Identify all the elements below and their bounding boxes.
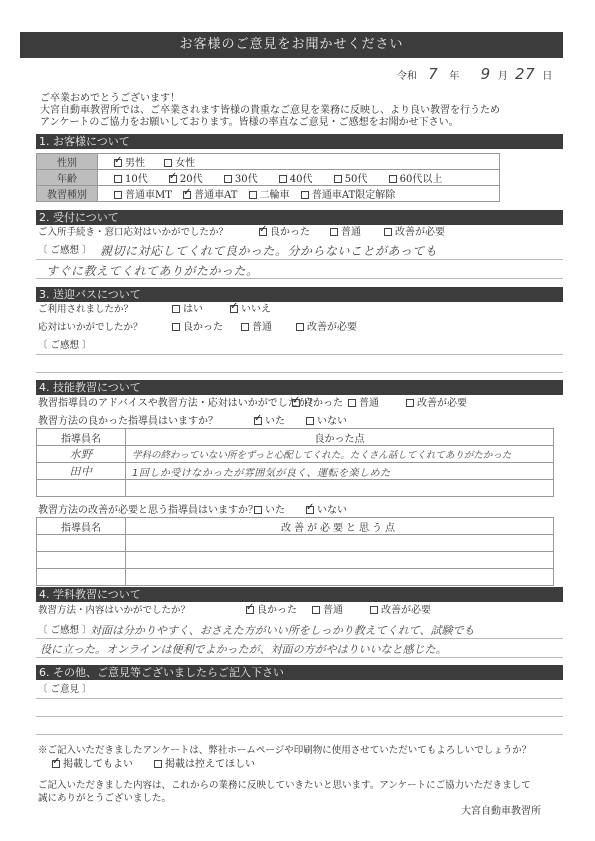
checkbox-icon[interactable] — [389, 175, 397, 183]
good-instructor-table: 指導員名 良かった点 水野 学科の終わっていない所をずっと心配してくれた。たくさ… — [36, 428, 554, 497]
checkbox-icon[interactable] — [154, 760, 162, 768]
date-month[interactable]: 9 — [481, 65, 491, 83]
course-mt-option[interactable]: 普通車MT — [114, 190, 172, 201]
checkbox-checked-icon[interactable] — [52, 760, 60, 768]
reception-comment-line-2[interactable]: すぐに教えてくれてありがたかった。 — [46, 262, 259, 279]
table-row — [37, 480, 554, 497]
consent-question: ※ご記入いただきましたアンケートは、弊社ホームページや印刷物に使用させていただい… — [38, 745, 531, 757]
checkbox-icon[interactable] — [114, 191, 122, 199]
instructor-advice-normal-option[interactable]: 普通 — [348, 398, 379, 410]
course-motorcycle-option[interactable]: 二輪車 — [249, 190, 290, 201]
reception-improve-option[interactable]: 改善が必要 — [384, 227, 445, 239]
comment-rule — [36, 716, 563, 717]
instructor-name-header: 指導員名 — [37, 429, 126, 446]
comment-rule — [36, 278, 563, 279]
date-year-label: 年 — [449, 71, 459, 82]
intro-line-3: アンケートのご協力をお願いしております。皆様の率直なご意見・ご感想をお聞かせ下さ… — [40, 117, 459, 129]
good-points-header: 良かった点 — [126, 429, 554, 446]
intro-line-2: 大宮自動車教習所では、ご卒業されます皆様の貴重なご意見を業務に反映し、より良い教… — [40, 105, 500, 117]
section-3-header: 3. 送迎バスについて — [36, 287, 563, 302]
checkbox-icon[interactable] — [254, 506, 262, 514]
checkbox-checked-icon[interactable] — [246, 606, 254, 614]
good-points-cell[interactable]: 1回しか受けなかったが雰囲気が良く、運転を楽しめた — [126, 463, 554, 480]
date-year[interactable]: 7 — [428, 65, 438, 83]
good-instructor-no-option[interactable]: いない — [306, 416, 347, 428]
lecture-normal-option[interactable]: 普通 — [312, 605, 343, 617]
school-signature: 大宮自動車教習所 — [461, 806, 541, 818]
checkbox-icon[interactable] — [384, 228, 392, 236]
checkbox-icon[interactable] — [296, 323, 304, 331]
instructor-name-cell[interactable] — [37, 480, 126, 497]
instructor-name-cell[interactable] — [37, 569, 126, 586]
checkbox-icon[interactable] — [348, 399, 356, 407]
checkbox-checked-icon[interactable] — [183, 191, 191, 199]
bus-service-good-option[interactable]: 良かった — [172, 322, 223, 334]
table-row: 田中 1回しか受けなかったが雰囲気が良く、運転を楽しめた — [37, 463, 554, 480]
instructor-name-cell[interactable] — [37, 535, 126, 552]
age-50s-option[interactable]: 50代 — [334, 174, 368, 185]
improve-instructor-yes-option[interactable]: いた — [254, 505, 285, 517]
age-40s-option[interactable]: 40代 — [279, 174, 313, 185]
bus-usage-question: ご利用されましたか？ — [38, 304, 133, 316]
improve-points-header: 改善が必要と思う点 — [126, 518, 554, 535]
bus-comment-label: 〔 ご感想 〕 — [38, 340, 92, 352]
lecture-improve-option[interactable]: 改善が必要 — [370, 605, 431, 617]
checkbox-icon[interactable] — [279, 175, 287, 183]
customer-info-table: 性別 男性 女性 年齢 10代 20代 30代 40代 50代 60代以上 教習… — [36, 153, 500, 202]
instructor-advice-improve-option[interactable]: 改善が必要 — [406, 398, 467, 410]
reception-normal-option[interactable]: 普通 — [330, 227, 361, 239]
checkbox-checked-icon[interactable] — [306, 506, 314, 514]
lecture-comment-label: 〔 ご感想 〕 — [38, 625, 92, 637]
section-4-header: 4. 技能教習について — [36, 380, 563, 395]
checkbox-icon[interactable] — [114, 175, 122, 183]
age-row: 年齢 10代 20代 30代 40代 50代 60代以上 — [37, 170, 500, 186]
course-at-removal-option[interactable]: 普通車AT限定解除 — [301, 190, 395, 201]
checkbox-icon[interactable] — [301, 191, 309, 199]
bus-service-question: 応対はいかがでしたか？ — [38, 322, 143, 334]
improve-points-cell[interactable] — [126, 569, 554, 586]
intro-line-1: ご卒業おめでとうございます！ — [40, 93, 180, 105]
checkbox-checked-icon[interactable] — [114, 159, 122, 167]
checkbox-icon[interactable] — [164, 159, 172, 167]
checkbox-icon[interactable] — [312, 606, 320, 614]
reception-comment-line-1[interactable]: 親切に対応してくれて良かった。分からないことがあっても — [100, 242, 437, 259]
good-instructor-question: 教習方法の良かった指導員はいますか？ — [38, 416, 218, 428]
reception-good-option[interactable]: 良かった — [259, 227, 310, 239]
consent-allow-option[interactable]: 掲載してもよい — [52, 759, 133, 771]
date-month-label: 月 — [498, 71, 508, 82]
good-points-cell[interactable]: 学科の終わっていない所をずっと心配してくれた。たくさん話してくれてありがたかった — [126, 446, 554, 463]
bus-usage-no-option[interactable]: いいえ — [230, 304, 271, 316]
good-points-cell[interactable] — [126, 480, 554, 497]
improve-instructor-no-option[interactable]: いない — [306, 505, 347, 517]
table-row — [37, 552, 554, 569]
gender-female-option[interactable]: 女性 — [164, 158, 195, 169]
course-type-row: 教習種別 普通車MT 普通車AT 二輪車 普通車AT限定解除 — [37, 186, 500, 202]
table-header-row: 指導員名 良かった点 — [37, 429, 554, 446]
checkbox-icon[interactable] — [370, 606, 378, 614]
other-comment-label: 〔 ご意見 〕 — [38, 684, 92, 696]
reception-comment-label: 〔 ご感想 〕 — [38, 245, 92, 257]
checkbox-checked-icon[interactable] — [292, 399, 300, 407]
checkbox-checked-icon[interactable] — [259, 228, 267, 236]
improve-points-cell[interactable] — [126, 535, 554, 552]
form-title: お客様のご意見をお聞かせください — [20, 32, 563, 58]
instructor-advice-question: 教習指導員のアドバイスや教習方法・応対はいかがでしたか？ — [38, 398, 318, 410]
table-row — [37, 535, 554, 552]
comment-rule — [36, 354, 563, 355]
bus-service-normal-option[interactable]: 普通 — [241, 322, 272, 334]
instructor-name-cell[interactable]: 田中 — [37, 463, 126, 480]
gender-male-option[interactable]: 男性 — [114, 158, 145, 169]
comment-rule — [36, 372, 563, 373]
checkbox-icon[interactable] — [172, 323, 180, 331]
bus-service-improve-option[interactable]: 改善が必要 — [296, 322, 357, 334]
age-20s-option[interactable]: 20代 — [169, 174, 203, 185]
checkbox-checked-icon[interactable] — [169, 175, 177, 183]
date-day[interactable]: 27 — [515, 65, 535, 83]
section-2-header: 2. 受付について — [36, 210, 563, 225]
age-30s-option[interactable]: 30代 — [224, 174, 258, 185]
lecture-comment-line-2[interactable]: 役に立った。オンラインは便利でよかったが、対面の方がやはりいいなと感じた。 — [40, 641, 447, 657]
checkbox-checked-icon[interactable] — [254, 417, 262, 425]
comment-rule — [36, 657, 563, 658]
age-label: 年齢 — [37, 170, 98, 186]
gender-row: 性別 男性 女性 — [37, 154, 500, 170]
good-instructor-yes-option[interactable]: いた — [254, 416, 285, 428]
checkbox-icon[interactable] — [330, 228, 338, 236]
section-1-header: 1. お客様について — [36, 134, 563, 149]
comment-rule — [36, 259, 563, 260]
section-6-header: 6. その他、ご意見等ございましたらご記入下さい — [36, 665, 563, 680]
lecture-good-option[interactable]: 良かった — [246, 605, 297, 617]
date-line: 令和 7 年 9 月 27 日 — [397, 68, 552, 83]
bus-usage-yes-option[interactable]: はい — [172, 304, 203, 316]
table-row — [37, 569, 554, 586]
improve-points-cell[interactable] — [126, 552, 554, 569]
checkbox-checked-icon[interactable] — [230, 305, 238, 313]
date-day-label: 日 — [542, 71, 552, 82]
instructor-name-header: 指導員名 — [37, 518, 126, 535]
course-type-label: 教習種別 — [37, 186, 98, 202]
checkbox-icon[interactable] — [306, 417, 314, 425]
course-at-option[interactable]: 普通車AT — [183, 190, 237, 201]
checkbox-icon[interactable] — [241, 323, 249, 331]
instructor-name-cell[interactable] — [37, 552, 126, 569]
lecture-question: 教習方法・内容はいかがでしたか？ — [38, 605, 190, 617]
instructor-name-cell[interactable]: 水野 — [37, 446, 126, 463]
checkbox-icon[interactable] — [172, 305, 180, 313]
lecture-comment-line-1[interactable]: 対面は分かりやすく、おさえた方がいい所をしっかり教えてくれて、試験でも — [90, 622, 475, 638]
closing-line-2: 誠にありがとうございました。 — [38, 793, 171, 805]
closing-line-1: ご記入いただきました内容は、これからの業務に反映していきたいと思います。アンケー… — [38, 780, 531, 792]
reception-question: ご入所手続き・窓口応対はいかがでしたか？ — [38, 227, 228, 239]
date-era: 令和 — [397, 71, 417, 82]
improve-instructor-table: 指導員名 改善が必要と思う点 — [36, 517, 554, 586]
section-5-header: 4. 学科教習について — [36, 587, 563, 602]
checkbox-icon[interactable] — [224, 175, 232, 183]
checkbox-icon[interactable] — [406, 399, 414, 407]
consent-decline-option[interactable]: 掲載は控えてほしい — [154, 759, 255, 771]
age-60s-option[interactable]: 60代以上 — [389, 174, 443, 185]
age-10s-option[interactable]: 10代 — [114, 174, 148, 185]
table-header-row: 指導員名 改善が必要と思う点 — [37, 518, 554, 535]
improve-instructor-question: 教習方法の改善が必要と思う指導員はいますか？ — [38, 505, 258, 517]
checkbox-icon[interactable] — [334, 175, 342, 183]
instructor-advice-good-option[interactable]: 良かった — [292, 398, 343, 410]
comment-rule — [36, 734, 563, 735]
gender-label: 性別 — [37, 154, 98, 170]
comment-rule — [36, 638, 563, 639]
table-row: 水野 学科の終わっていない所をずっと心配してくれた。たくさん話してくれてありがた… — [37, 446, 554, 463]
comment-rule — [36, 698, 563, 699]
checkbox-icon[interactable] — [249, 191, 257, 199]
